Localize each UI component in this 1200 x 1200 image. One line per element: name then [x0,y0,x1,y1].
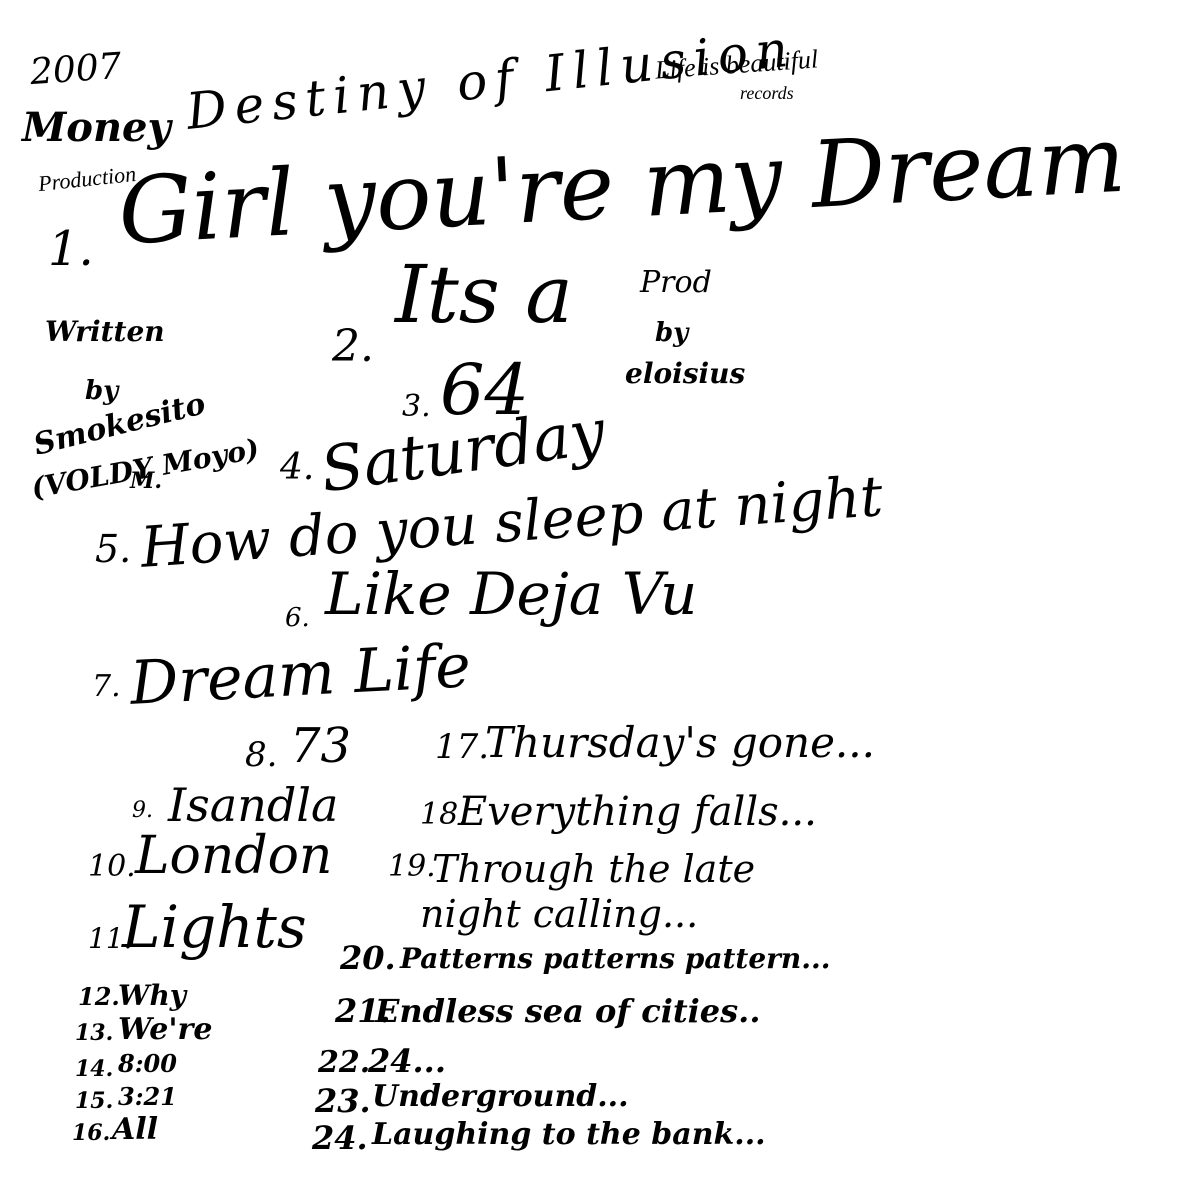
track-number: 17. [435,730,489,764]
track-title: Underground... [372,1082,629,1112]
track-title: 8:00 [118,1052,177,1076]
track-number: 1. [48,225,94,273]
track-number: 13. [75,1022,113,1044]
track-number: 4. [280,450,314,486]
track-number: 22. [318,1048,370,1078]
track-number: 19. [388,852,436,882]
track-title: Endless sea of cities.. [375,995,760,1027]
track-number: 6. [285,605,310,631]
track-title: Lights [122,898,307,956]
written-label: Written [45,318,165,346]
track-title: Thursday's gone... [485,722,875,764]
track-title: Laughing to the bank... [372,1120,766,1150]
year: 2007 [29,49,123,91]
track-number: 16. [72,1122,110,1144]
track-title-continued: night calling... [420,895,698,933]
track-title: 73 [290,722,351,770]
track-number: 15. [75,1090,113,1112]
track-number: 3. [402,392,431,422]
track-number: 7. [92,672,121,702]
prod-by: by [655,320,688,346]
track-title: Its a [395,255,573,335]
track-number: 9. [132,800,153,822]
track-number: 24. [312,1122,368,1154]
track-number: 8. [245,738,277,772]
track-title: Everything falls... [458,792,817,832]
track-title: We're [118,1015,212,1045]
track-title: Like Deja Vu [325,565,697,623]
track-title: 3:21 [118,1085,177,1109]
track-number: 2. [332,325,374,369]
track-number: 20. [340,942,396,974]
label-money: Money [22,108,171,148]
producer: eloisius [625,360,745,388]
track-title: All [112,1115,158,1145]
track-number: 5. [95,530,131,568]
writer-2-suffix: M. [130,470,162,492]
track-title: Dream Life [129,636,472,714]
track-title: Girl you're my Dream [116,114,1127,259]
track-title: Why [118,982,186,1010]
track-number: 23. [315,1085,371,1117]
prod-label: Prod [640,268,712,298]
track-title: Patterns patterns pattern... [400,945,831,973]
track-number: 10. [88,852,136,882]
track-title: 24... [368,1045,446,1077]
track-number: 14. [75,1058,113,1080]
track-title: Through the late [432,850,755,888]
track-title: Isandla [168,782,338,828]
record-label-sub: records [740,84,794,102]
written-by: by [85,378,118,404]
track-number: 12. [78,985,120,1009]
track-title: London [135,830,332,882]
